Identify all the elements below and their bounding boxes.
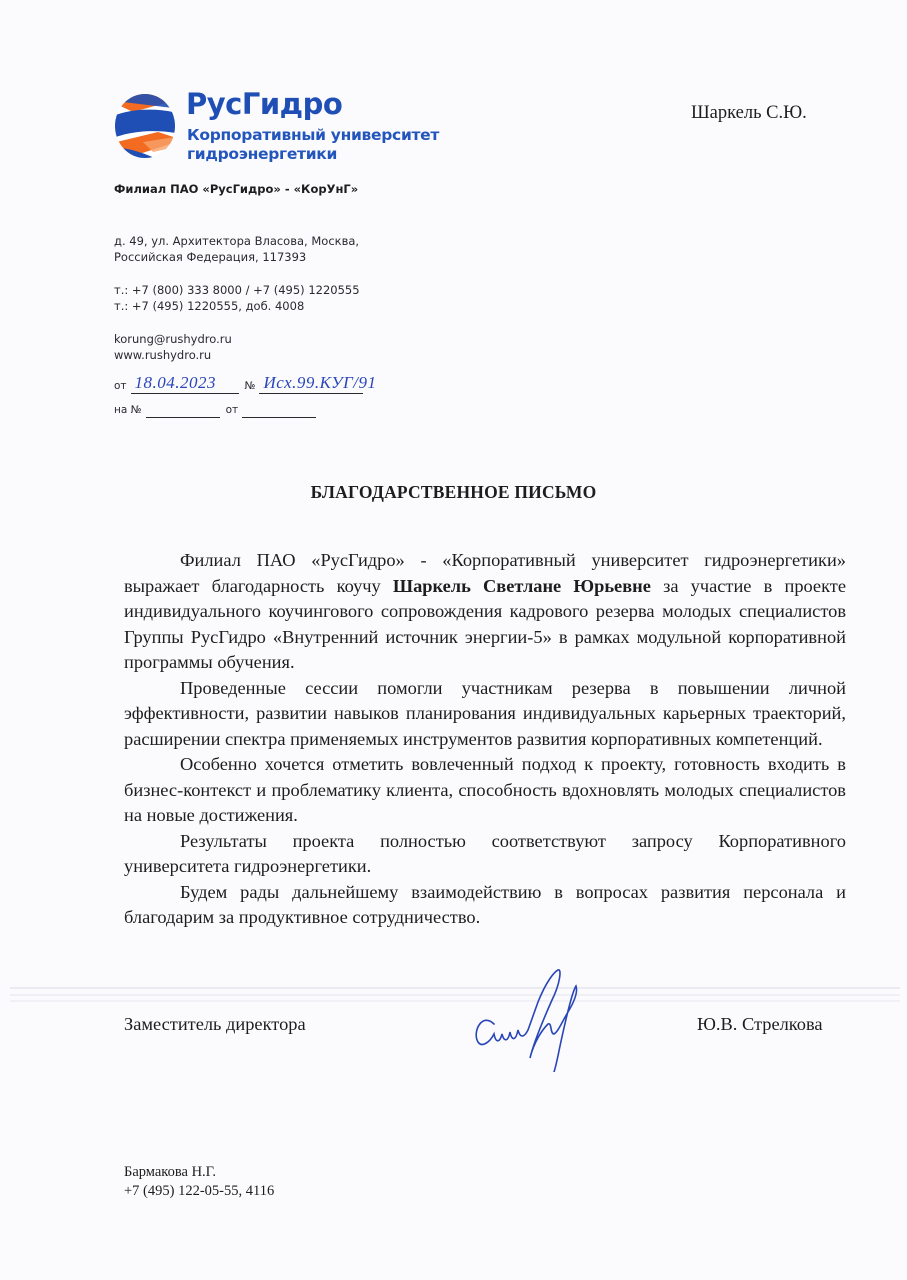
- signatory-role: Заместитель директора: [124, 1014, 306, 1035]
- number-label: №: [245, 380, 256, 394]
- address-block: д. 49, ул. Архитектора Власова, Москва, …: [114, 233, 359, 265]
- executor-name: Бармакова Н.Г.: [124, 1163, 274, 1182]
- rushydro-logo-icon: [113, 92, 177, 160]
- date-value: 18.04.2023: [135, 373, 217, 393]
- paragraph-4: Результаты проекта полностью соответству…: [124, 829, 846, 880]
- recipient-full-name: Шаркель Светлане Юрьевне: [393, 576, 651, 596]
- paragraph-5: Будем рады дальнейшему взаимодействию в …: [124, 880, 846, 931]
- website: www.rushydro.ru: [114, 347, 232, 363]
- paragraph-2: Проведенные сессии помогли участникам ре…: [124, 676, 846, 753]
- reply-from-field: [242, 403, 316, 418]
- address-line2: Российская Федерация, 117393: [114, 249, 359, 265]
- signatory-name: Ю.В. Стрелкова: [697, 1014, 823, 1035]
- handwritten-signature-icon: [468, 962, 608, 1072]
- contacts-block: korung@rushydro.ru www.rushydro.ru: [114, 331, 232, 363]
- letter-body: Филиал ПАО «РусГидро» - «Корпоративный у…: [124, 548, 846, 931]
- date-label: от: [114, 380, 127, 394]
- email: korung@rushydro.ru: [114, 331, 232, 347]
- brand-subtitle-line2: гидроэнергетики: [187, 145, 439, 164]
- address-line1: д. 49, ул. Архитектора Власова, Москва,: [114, 233, 359, 249]
- paragraph-3: Особенно хочется отметить вовлеченный по…: [124, 752, 846, 829]
- paragraph-1: Филиал ПАО «РусГидро» - «Корпоративный у…: [124, 548, 846, 676]
- phone-line2: т.: +7 (495) 1220555, доб. 4008: [114, 298, 360, 314]
- brand-subtitle: Корпоративный университет гидроэнергетик…: [187, 126, 439, 164]
- number-field: Исх.99.КУГ/91: [259, 373, 363, 394]
- phones-block: т.: +7 (800) 333 8000 / +7 (495) 1220555…: [114, 282, 360, 314]
- reply-to-field: [146, 403, 220, 418]
- executor-block: Бармакова Н.Г. +7 (495) 122-05-55, 4116: [124, 1163, 274, 1201]
- scan-artifact-lines: [10, 985, 900, 1005]
- number-value: Исх.99.КУГ/91: [263, 373, 376, 393]
- outgoing-reference: от 18.04.2023 № Исх.99.КУГ/91: [114, 372, 369, 394]
- letter-title: БЛАГОДАРСТВЕННОЕ ПИСЬМО: [0, 482, 907, 503]
- branch-name: Филиал ПАО «РусГидро» - «КорУнГ»: [114, 182, 358, 196]
- reply-reference: на № от: [114, 400, 322, 418]
- executor-phone: +7 (495) 122-05-55, 4116: [124, 1182, 274, 1201]
- date-field: 18.04.2023: [131, 373, 239, 394]
- recipient: Шаркель С.Ю.: [691, 103, 807, 124]
- reply-to-label: на №: [114, 404, 142, 418]
- reply-from-label: от: [226, 404, 239, 418]
- phone-line1: т.: +7 (800) 333 8000 / +7 (495) 1220555: [114, 282, 360, 298]
- brand-subtitle-line1: Корпоративный университет: [187, 126, 439, 145]
- brand-name: РусГидро: [186, 88, 342, 120]
